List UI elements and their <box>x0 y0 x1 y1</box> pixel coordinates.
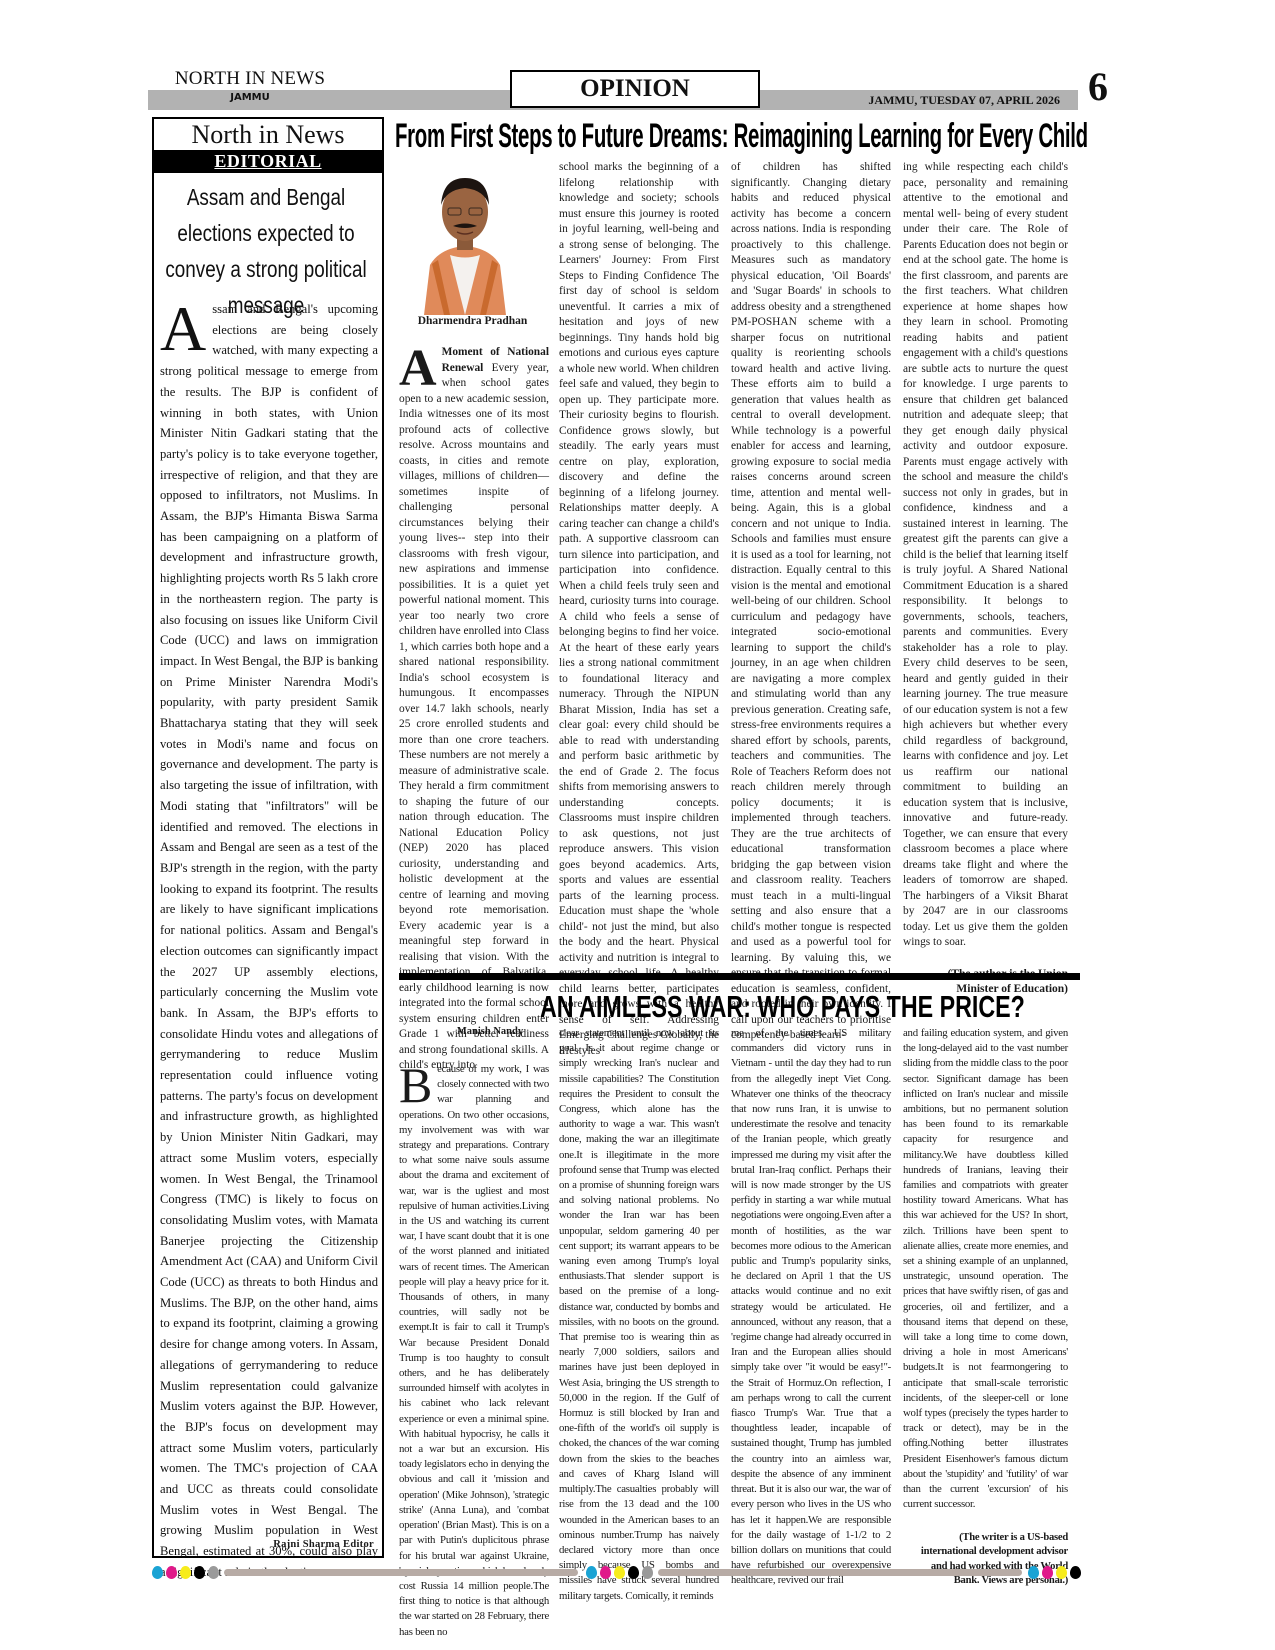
yellow-dot-icon <box>1056 1566 1067 1579</box>
article2-column-3: me of the times US military commanders d… <box>731 1026 891 1589</box>
section-title: OPINION <box>510 70 760 108</box>
article1-column-2: school marks the beginning of a lifelong… <box>559 160 719 1059</box>
magenta-dot-icon <box>1042 1566 1053 1579</box>
editorial-body: Assam and Bengal's upcoming elections ar… <box>160 299 378 1583</box>
cyan-dot-icon <box>586 1566 597 1579</box>
author-portrait <box>410 160 520 315</box>
magenta-dot-icon <box>600 1566 611 1579</box>
article1-author: Dharmendra Pradhan <box>395 315 550 327</box>
article2-col1-text: ecause of my work, I was closely connect… <box>399 1063 549 1638</box>
paper-city: JAMMU <box>150 92 350 103</box>
article1-dropcap: A <box>399 348 437 390</box>
article1-col4-text: ing while respecting each child's pace, … <box>903 160 1068 951</box>
article2-headline: AN AIMLESS WAR: WHO PAYS THE PRICE? <box>540 990 1000 1024</box>
article1-headline-text: From First Steps to Future Dreams: Reima… <box>395 118 1088 154</box>
article1-headline: From First Steps to Future Dreams: Reima… <box>395 118 1085 154</box>
paper-name: NORTH IN NEWS <box>150 68 350 90</box>
editorial-signature: Rajni Sharma Editor <box>273 1539 374 1550</box>
article1-column-4: ing while respecting each child's pace, … <box>903 160 1068 998</box>
article1-column-1: AMoment of National Renewal Every year, … <box>399 345 549 1074</box>
gray-dot-icon <box>208 1566 219 1579</box>
article1-col1-text: Every year, when school gates open to a … <box>399 362 549 1072</box>
cyan-dot-icon <box>1028 1566 1039 1579</box>
portrait-image-icon <box>410 160 520 315</box>
editorial-text: ssam and Bengal's upcoming elections are… <box>160 302 378 1579</box>
article2-column-1: Because of my work, I was closely connec… <box>399 1062 549 1640</box>
editorial-box: North in News EDITORIAL Assam and Bengal… <box>152 117 384 1558</box>
magenta-dot-icon <box>166 1566 177 1579</box>
article2-col4-text: and failing education system, and given … <box>903 1026 1068 1513</box>
black-dot-icon <box>1070 1566 1081 1579</box>
article2-column-2: clear statement until now about its goal… <box>559 1026 719 1604</box>
page-number: 6 <box>1088 64 1128 110</box>
article2-headline-text: AN AIMLESS WAR: WHO PAYS THE PRICE? <box>540 990 1025 1024</box>
editorial-label: EDITORIAL <box>214 151 321 171</box>
footer-registration-strip <box>152 1566 1082 1580</box>
article2-author: Manish Nandy <box>420 1026 560 1037</box>
cyan-dot-icon <box>152 1566 163 1579</box>
article1-column-3: of children has shifted significantly. C… <box>731 160 891 1044</box>
black-dot-icon <box>194 1566 205 1579</box>
editorial-dropcap: A <box>160 303 206 355</box>
editorial-label-bar: EDITORIAL <box>152 150 384 173</box>
gray-dot-icon <box>642 1566 653 1579</box>
footer-bar <box>224 1569 578 1576</box>
editorial-brand: North in News <box>154 119 382 151</box>
yellow-dot-icon <box>614 1566 625 1579</box>
section-divider <box>399 973 1080 980</box>
footer-bar <box>658 1569 1022 1576</box>
yellow-dot-icon <box>180 1566 191 1579</box>
article2-dropcap: B <box>399 1065 432 1105</box>
black-dot-icon <box>628 1566 639 1579</box>
dateline: JAMMU, TUESDAY 07, APRIL 2026 <box>830 93 1060 108</box>
article2-column-4: and failing education system, and given … <box>903 1026 1068 1599</box>
